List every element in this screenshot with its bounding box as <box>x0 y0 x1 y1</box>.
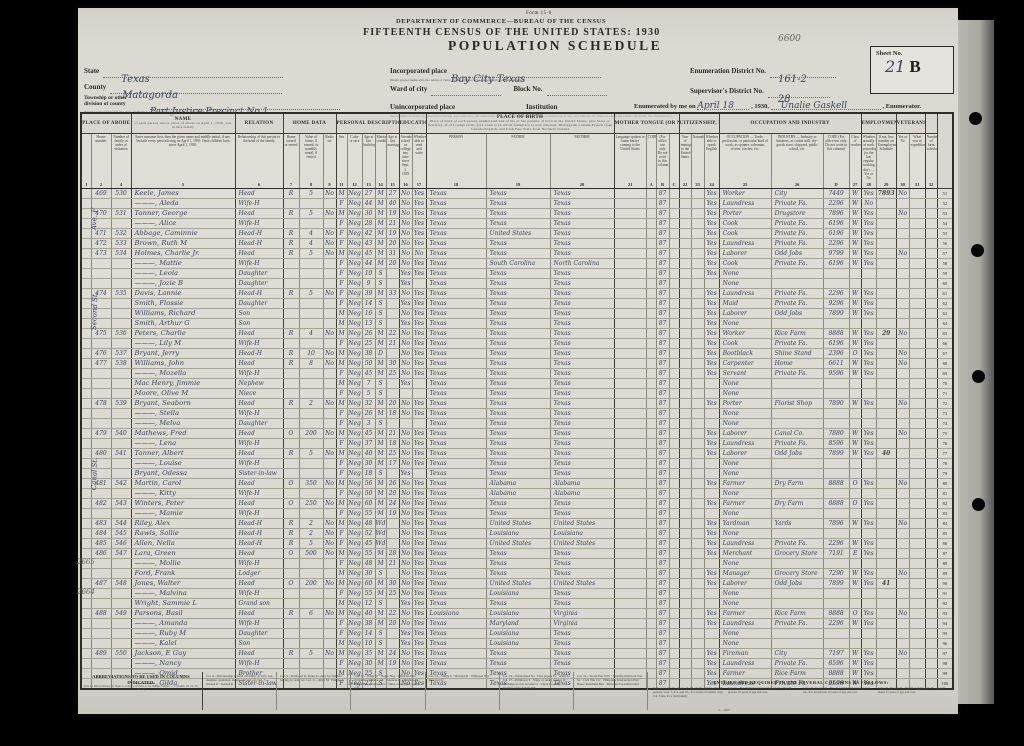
cell-bf: Texas <box>486 419 550 429</box>
cell-own <box>283 619 299 629</box>
cell-tongue <box>614 239 646 249</box>
cell-nat <box>691 219 704 229</box>
cell-sex: M <box>336 569 347 579</box>
cell-tongue <box>614 489 646 499</box>
cell-race: Neg <box>347 559 362 569</box>
cell-emp: Yes <box>861 659 876 669</box>
cell-mar: M <box>375 479 386 489</box>
cell-rel: Head <box>235 579 283 589</box>
cell-street <box>81 439 91 449</box>
cell-bp: Texas <box>426 269 486 279</box>
census-row: 475536Peters, CharlieHeadR4NoMNeg26M22No… <box>81 329 953 339</box>
cell-val <box>299 639 323 649</box>
cell-own <box>283 319 299 329</box>
cell-ind: Private Fa. <box>771 619 823 629</box>
cell-radio: No <box>323 449 336 459</box>
cell-codeA <box>646 659 656 669</box>
cell-house <box>91 439 111 449</box>
cell-agem: 30 <box>386 359 399 369</box>
cell-race: Neg <box>347 539 362 549</box>
cell-bm: Texas <box>550 219 614 229</box>
cell-own: O <box>283 479 299 489</box>
cell-cls: O <box>849 609 861 619</box>
cell-agem: 20 <box>386 259 399 269</box>
cell-mar: D <box>375 349 386 359</box>
cell-sex: M <box>336 189 347 199</box>
cell-sch <box>399 419 412 429</box>
cell-rw: Yes <box>412 439 426 449</box>
cell-tongue <box>614 519 646 529</box>
cell-ocode: 9596 <box>823 369 849 379</box>
cell-name: Bryant, Seaborn <box>131 399 235 409</box>
cell-street <box>81 259 91 269</box>
cell-name: ———, Jozie B <box>131 279 235 289</box>
cell-bm: Texas <box>550 199 614 209</box>
cell-imm <box>679 649 691 659</box>
cell-num: 52 <box>937 199 953 209</box>
cell-age: 16 <box>362 309 375 319</box>
cell-rel: Lodger <box>235 569 283 579</box>
cell-bf: Texas <box>486 199 550 209</box>
cell-codeA <box>646 319 656 329</box>
cell-codeC <box>669 269 679 279</box>
cell-ind <box>771 459 823 469</box>
cell-eng <box>704 589 719 599</box>
cell-ind: Odd Jobs <box>771 449 823 459</box>
cell-vet <box>896 389 909 399</box>
column-group-relation: RELATION <box>235 113 283 133</box>
cell-cls: W <box>849 569 861 579</box>
cell-cls <box>849 599 861 609</box>
cell-codeA <box>646 299 656 309</box>
cell-mar: S <box>375 469 386 479</box>
cell-bp: Texas <box>426 649 486 659</box>
cell-codeC <box>669 309 679 319</box>
cell-cls: W <box>849 299 861 309</box>
cell-emp: Yes <box>861 569 876 579</box>
cell-occ: None <box>719 559 771 569</box>
cell-codeA <box>646 379 656 389</box>
cell-bf: Texas <box>486 269 550 279</box>
cell-ind <box>771 529 823 539</box>
cell-codeC <box>669 259 679 269</box>
cell-agem: 22 <box>386 609 399 619</box>
cell-rw: Yes <box>412 309 426 319</box>
cell-tongue <box>614 309 646 319</box>
cell-vet <box>896 299 909 309</box>
cell-bm: North Carolina <box>550 259 614 269</box>
cell-radio: No <box>323 329 336 339</box>
cell-imm <box>679 489 691 499</box>
cell-age: 40 <box>362 609 375 619</box>
cell-codeB: 87 <box>656 449 669 459</box>
cell-eng: Yes <box>704 549 719 559</box>
cell-num: 91 <box>937 589 953 599</box>
cell-ind <box>771 639 823 649</box>
cell-val <box>299 199 323 209</box>
cell-emp <box>861 589 876 599</box>
cell-codeA <box>646 219 656 229</box>
cell-bp: Texas <box>426 459 486 469</box>
census-row: ———, Lily MWife-HFNeg25M21NoYesTexasTexa… <box>81 339 953 349</box>
column-group-misc <box>937 113 953 189</box>
cell-ind <box>771 269 823 279</box>
cell-nat <box>691 289 704 299</box>
cell-sex: M <box>336 549 347 559</box>
cell-vet: No <box>896 479 909 489</box>
cell-street <box>81 629 91 639</box>
cell-ind <box>771 589 823 599</box>
cell-own <box>283 259 299 269</box>
column-desc-imm: Year of immigration to the United States <box>679 133 691 181</box>
column-number-codeC: C <box>669 181 679 189</box>
cell-bp: Texas <box>426 289 486 299</box>
cell-ind <box>771 599 823 609</box>
cell-house <box>91 279 111 289</box>
cell-eng: Yes <box>704 539 719 549</box>
cell-bf: Texas <box>486 659 550 669</box>
cell-farm <box>925 569 937 579</box>
cell-radio <box>323 259 336 269</box>
cell-unemp <box>876 649 896 659</box>
cell-race: Neg <box>347 529 362 539</box>
cell-rel: Head <box>235 399 283 409</box>
cell-age: 56 <box>362 479 375 489</box>
cell-num: 76 <box>937 439 953 449</box>
cell-codeB: 87 <box>656 229 669 239</box>
column-desc-eng: Whether able to speak English <box>704 133 719 181</box>
cell-bm: United States <box>550 519 614 529</box>
cell-bp: Texas <box>426 339 486 349</box>
cell-farm <box>925 479 937 489</box>
cell-own <box>283 489 299 499</box>
cell-street <box>81 509 91 519</box>
cell-mar: Wd <box>375 529 386 539</box>
cell-unemp <box>876 519 896 529</box>
cell-cls <box>849 469 861 479</box>
cell-mar: M <box>375 489 386 499</box>
column-desc-cls: Class of worker <box>849 133 861 181</box>
cell-imm <box>679 229 691 239</box>
cell-codeB: 87 <box>656 619 669 629</box>
column-group-place-of-abode: PLACE OF ABODE <box>81 113 131 133</box>
cell-imm <box>679 219 691 229</box>
cell-sex: F <box>336 529 347 539</box>
cell-street <box>81 599 91 609</box>
cell-farm <box>925 589 937 599</box>
cell-unemp: 41 <box>876 579 896 589</box>
cell-nat <box>691 399 704 409</box>
cell-eng <box>704 379 719 389</box>
cell-house <box>91 619 111 629</box>
cell-codeA <box>646 339 656 349</box>
cell-codeC <box>669 249 679 259</box>
cell-sex: M <box>336 499 347 509</box>
cell-cls <box>849 319 861 329</box>
cell-farm <box>925 489 937 499</box>
cell-num: 89 <box>937 569 953 579</box>
cell-codeB: 87 <box>656 539 669 549</box>
cell-street <box>81 519 91 529</box>
cell-fam <box>111 419 131 429</box>
cell-bf: Texas <box>486 249 550 259</box>
cell-rw: Yes <box>412 209 426 219</box>
cell-bf: Texas <box>486 399 550 409</box>
cell-occ: Bootblack <box>719 349 771 359</box>
cell-imm <box>679 389 691 399</box>
cell-sch: No <box>399 449 412 459</box>
column-desc-fam: Number of family in order of visitation <box>111 133 131 181</box>
cell-occ: Fireman <box>719 649 771 659</box>
cell-bf: United States <box>486 539 550 549</box>
cell-mar: M <box>375 499 386 509</box>
cell-rel: Wife-H <box>235 659 283 669</box>
cell-vet <box>896 409 909 419</box>
cell-bp: Texas <box>426 279 486 289</box>
cell-codeA <box>646 309 656 319</box>
cell-occ: None <box>719 319 771 329</box>
cell-own: R <box>283 359 299 369</box>
cell-bf: Texas <box>486 599 550 609</box>
cell-cls: W <box>849 519 861 529</box>
cell-war <box>909 419 925 429</box>
cell-war <box>909 389 925 399</box>
cell-race: Neg <box>347 639 362 649</box>
cell-ocode <box>823 269 849 279</box>
cell-unemp <box>876 349 896 359</box>
cell-cls <box>849 509 861 519</box>
cell-war <box>909 519 925 529</box>
cell-cls: W <box>849 289 861 299</box>
cell-tongue <box>614 219 646 229</box>
cell-agem <box>386 519 399 529</box>
cell-sch: Yes <box>399 279 412 289</box>
cell-bp: Texas <box>426 599 486 609</box>
cell-bf: Louisiana <box>486 609 550 619</box>
cell-farm <box>925 259 937 269</box>
cell-codeC <box>669 649 679 659</box>
cell-codeA <box>646 539 656 549</box>
column-desc-age: Age at last birthday <box>362 133 375 181</box>
cell-nat <box>691 349 704 359</box>
column-number-codeB: B <box>656 181 669 189</box>
cell-bp: Texas <box>426 359 486 369</box>
cell-codeC <box>669 369 679 379</box>
column-desc-sex: Sex <box>336 133 347 181</box>
cell-tongue <box>614 299 646 309</box>
cell-radio <box>323 469 336 479</box>
cell-bp: Texas <box>426 619 486 629</box>
cell-farm <box>925 279 937 289</box>
cell-codeC <box>669 549 679 559</box>
cell-house: 482 <box>91 499 111 509</box>
cell-name: Wright, Sammie L <box>131 599 235 609</box>
cell-agem: 20 <box>386 619 399 629</box>
cell-ind: Yards <box>771 519 823 529</box>
cell-eng: Yes <box>704 289 719 299</box>
cell-bf: Louisiana <box>486 639 550 649</box>
cell-mar: M <box>375 239 386 249</box>
cell-codeC <box>669 229 679 239</box>
cell-rw: Yes <box>412 329 426 339</box>
cell-codeC <box>669 429 679 439</box>
cell-num: 71 <box>937 389 953 399</box>
cell-radio <box>323 199 336 209</box>
cell-num: 65 <box>937 329 953 339</box>
cell-cls: W <box>849 249 861 259</box>
cell-name: ———, Louise <box>131 459 235 469</box>
cell-codeA <box>646 409 656 419</box>
cell-codeC <box>669 419 679 429</box>
cell-war <box>909 479 925 489</box>
cell-name: Rawls, Sallie <box>131 529 235 539</box>
cell-fam <box>111 259 131 269</box>
cell-codeC <box>669 439 679 449</box>
cell-rel: Wife-H <box>235 339 283 349</box>
cell-emp: No <box>861 199 876 209</box>
cell-eng: Yes <box>704 189 719 199</box>
cell-codeA <box>646 649 656 659</box>
cell-own: R <box>283 289 299 299</box>
census-row: 470531Tanner, GeorgeHeadR5NoMNeg30M19NoY… <box>81 209 953 219</box>
cell-codeC <box>669 609 679 619</box>
cell-val <box>299 629 323 639</box>
cell-emp <box>861 489 876 499</box>
cell-codeB: 87 <box>656 459 669 469</box>
cell-agem <box>386 269 399 279</box>
cell-sch: Yes <box>399 469 412 479</box>
street-name-vertical: Canal St. <box>90 458 99 491</box>
cell-ind: Dry Farm <box>771 499 823 509</box>
census-row: 469530Keele, JamesHeadR5NoMNeg27M27NoYes… <box>81 189 953 199</box>
entries-column: Cols. 4, 11, 12, 13, 14, 16, 17, 18, 19,… <box>651 687 726 698</box>
cell-fam <box>111 409 131 419</box>
cell-codeB: 87 <box>656 329 669 339</box>
cell-own: R <box>283 329 299 339</box>
cell-rel: Wife-H <box>235 439 283 449</box>
cell-imm <box>679 319 691 329</box>
cell-ocode <box>823 629 849 639</box>
column-group-veterans: VETERANS <box>896 113 925 133</box>
cell-ocode: 2296 <box>823 539 849 549</box>
entries-column: Cols. 25, 26, and 27—For all workers. Co… <box>876 687 951 698</box>
column-group-education: EDUCATION <box>399 113 426 133</box>
cell-ind <box>771 559 823 569</box>
column-desc-codeB: (For office use only. Do not write in th… <box>656 133 669 181</box>
column-number-ind: 26 <box>771 181 823 189</box>
cell-rw: Yes <box>412 429 426 439</box>
abbreviations-subtitle: (Use no abbreviations for State or count… <box>82 685 200 692</box>
census-row: 481542Martin, CarolHeadO350NoMNeg56M26No… <box>81 479 953 489</box>
cell-ind <box>771 469 823 479</box>
column-desc-bf: FATHER <box>486 133 550 181</box>
cell-vet <box>896 339 909 349</box>
cell-tongue <box>614 369 646 379</box>
cell-bp: Texas <box>426 529 486 539</box>
cell-codeB: 87 <box>656 549 669 559</box>
cell-eng: Yes <box>704 399 719 409</box>
cell-radio <box>323 509 336 519</box>
cell-agem <box>386 319 399 329</box>
cell-war <box>909 309 925 319</box>
cell-fam <box>111 489 131 499</box>
cell-codeB: 87 <box>656 219 669 229</box>
cell-eng: Yes <box>704 659 719 669</box>
cell-farm <box>925 329 937 339</box>
census-row: 488549Parsons, BasilHeadR6NoMNeg40M22NoY… <box>81 609 953 619</box>
cell-nat <box>691 269 704 279</box>
cell-bf: Texas <box>486 649 550 659</box>
cell-unemp <box>876 629 896 639</box>
cell-own <box>283 379 299 389</box>
cell-name: Brown, Ruth M <box>131 239 235 249</box>
cell-ind <box>771 419 823 429</box>
cell-nat <box>691 439 704 449</box>
cell-ocode: 6196 <box>823 229 849 239</box>
cell-nat <box>691 469 704 479</box>
cell-house: 475 <box>91 329 111 339</box>
cell-ocode <box>823 639 849 649</box>
cell-emp <box>861 629 876 639</box>
column-desc-race: Color or race <box>347 133 362 181</box>
cell-sch: No <box>399 499 412 509</box>
cell-unemp <box>876 299 896 309</box>
cell-tongue <box>614 459 646 469</box>
institution-label: Institution <box>526 103 558 111</box>
cell-sch: No <box>399 609 412 619</box>
cell-cls: O <box>849 499 861 509</box>
ed-field: Enumeration District No. 161-2 <box>690 60 836 78</box>
cell-bf: Texas <box>486 309 550 319</box>
cell-codeC <box>669 289 679 299</box>
cell-radio <box>323 489 336 499</box>
cell-age: 27 <box>362 189 375 199</box>
cell-emp <box>861 599 876 609</box>
cell-fam <box>111 269 131 279</box>
cell-imm <box>679 539 691 549</box>
cell-own: R <box>283 249 299 259</box>
cell-agem <box>386 629 399 639</box>
cell-imm <box>679 429 691 439</box>
cell-emp: Yes <box>861 479 876 489</box>
cell-bp: Texas <box>426 479 486 489</box>
cell-agem <box>386 349 399 359</box>
cell-rw: Yes <box>412 229 426 239</box>
census-title: FIFTEENTH CENSUS OF THE UNITED STATES: 1… <box>363 27 660 38</box>
cell-codeB: 87 <box>656 469 669 479</box>
cell-bp: Texas <box>426 189 486 199</box>
cell-nat <box>691 569 704 579</box>
cell-farm <box>925 459 937 469</box>
cell-ind <box>771 319 823 329</box>
cell-ocode: 6611 <box>823 359 849 369</box>
census-row: ———, MozellaWife-HFNeg45M25NoYesTexasTex… <box>81 369 953 379</box>
cell-farm <box>925 519 937 529</box>
cell-race: Neg <box>347 329 362 339</box>
cell-rw: Yes <box>412 539 426 549</box>
cell-codeA <box>646 209 656 219</box>
cell-emp: Yes <box>861 229 876 239</box>
cell-emp <box>861 509 876 519</box>
cell-ocode: 6196 <box>823 339 849 349</box>
cell-num: 95 <box>937 629 953 639</box>
cell-val: 6 <box>299 609 323 619</box>
cell-war <box>909 379 925 389</box>
cell-radio: No <box>323 289 336 299</box>
cell-tongue <box>614 609 646 619</box>
cell-rw: Yes <box>412 649 426 659</box>
cell-sex: F <box>336 269 347 279</box>
